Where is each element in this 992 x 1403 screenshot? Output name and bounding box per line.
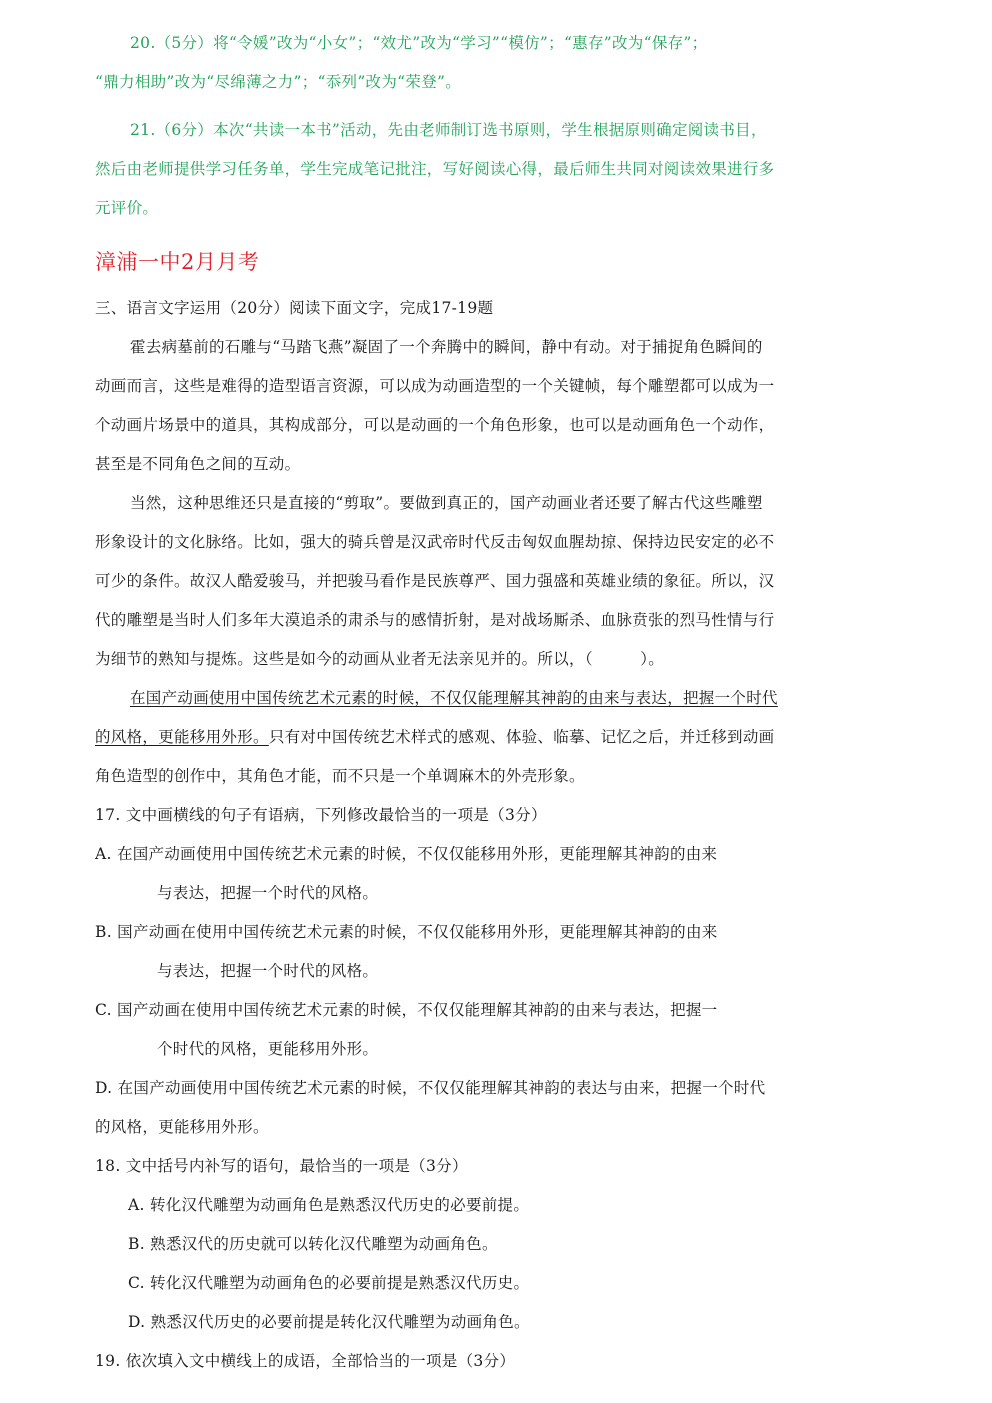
passage-p2-line-1: 当然，这种思维还只是直接的“剪取”。要做到真正的，国产动画业者还要了解古代这些雕…: [130, 493, 880, 513]
passage-p2-line-4: 代的雕塑是当时人们多年大漠追杀的肃杀与的感情折射，是对战场厮杀、血脉贲张的烈马性…: [95, 610, 845, 630]
passage-p3-line-1: 在国产动画使用中国传统艺术元素的时候，不仅仅能理解其神韵的由来与表达，把握一个时…: [130, 688, 880, 708]
passage-p1-line-4: 甚至是不同角色之间的互动。: [95, 454, 845, 474]
passage-p1-line-3: 个动画片场景中的道具，其构成部分，可以是动画的一个角色形象，也可以是动画角色一个…: [95, 415, 845, 435]
question-18-option-b: B. 熟悉汉代的历史就可以转化汉代雕塑为动画角色。: [128, 1234, 878, 1254]
passage-p3-line-2: 的风格，更能移用外形。只有对中国传统艺术样式的感观、体验、临摹、记忆之后，并迁移…: [95, 727, 845, 747]
question-17-option-b: B. 国产动画在使用中国传统艺术元素的时候，不仅仅能移用外形，更能理解其神韵的由…: [95, 922, 845, 942]
section-title: 漳浦一中2月月考: [95, 249, 845, 275]
passage-p3-line-3: 角色造型的创作中，其角色才能，而不只是一个单调麻木的外壳形象。: [95, 766, 845, 786]
question-17-option-d-cont: 的风格，更能移用外形。: [95, 1117, 845, 1137]
passage-p1-line-1: 霍去病墓前的石雕与“马踏飞燕”凝固了一个奔腾中的瞬间，静中有动。对于捕捉角色瞬间…: [130, 337, 880, 357]
answer-21-line-2: 然后由老师提供学习任务单，学生完成笔记批注，写好阅读心得，最后师生共同对阅读效果…: [95, 159, 845, 179]
question-18-option-a: A. 转化汉代雕塑为动画角色是熟悉汉代历史的必要前提。: [128, 1195, 878, 1215]
question-17-option-a: A. 在国产动画使用中国传统艺术元素的时候，不仅仅能移用外形，更能理解其神韵的由…: [95, 844, 845, 864]
section-heading: 三、语言文字运用（20分）阅读下面文字，完成17-19题: [95, 298, 845, 318]
question-17-option-d: D. 在国产动画使用中国传统艺术元素的时候，不仅仅能理解其神韵的表达与由来，把握…: [95, 1078, 845, 1098]
answer-21-line-3: 元评价。: [95, 198, 845, 218]
underlined-sentence-part-1: 在国产动画使用中国传统艺术元素的时候，不仅仅能理解其神韵的由来与表达，把握一个时…: [130, 689, 778, 707]
question-17-option-c: C. 国产动画在使用中国传统艺术元素的时候，不仅仅能理解其神韵的由来与表达，把握…: [95, 1000, 845, 1020]
answer-21-line-1: 21.（6分）本次“共读一本书”活动，先由老师制订选书原则，学生根据原则确定阅读…: [130, 120, 880, 140]
question-19-stem: 19. 依次填入文中横线上的成语，全部恰当的一项是（3分）: [95, 1351, 845, 1371]
answer-20-line-1: 20.（5分）将“令媛”改为“小女”；“效尤”改为“学习”“模仿”；“惠存”改为…: [130, 33, 880, 53]
document-page: 20.（5分）将“令媛”改为“小女”；“效尤”改为“学习”“模仿”；“惠存”改为…: [0, 0, 992, 1403]
question-18-option-c: C. 转化汉代雕塑为动画角色的必要前提是熟悉汉代历史。: [128, 1273, 878, 1293]
passage-p2-line-5: 为细节的熟知与提炼。这些是如今的动画从业者无法亲见并的。所以，（ ）。: [95, 649, 845, 669]
underlined-sentence-part-2: 的风格，更能移用外形。: [95, 728, 269, 746]
question-18-stem: 18. 文中括号内补写的语句，最恰当的一项是（3分）: [95, 1156, 845, 1176]
question-17-option-a-cont: 与表达，把握一个时代的风格。: [157, 883, 907, 903]
answer-20-line-2: “鼎力相助”改为“尽绵薄之力”；“忝列”改为“荣登”。: [95, 72, 845, 92]
passage-p3-line-2-rest: 只有对中国传统艺术样式的感观、体验、临摹、记忆之后，并迁移到动画: [269, 728, 775, 746]
question-18-option-d: D. 熟悉汉代历史的必要前提是转化汉代雕塑为动画角色。: [128, 1312, 878, 1332]
question-17-stem: 17. 文中画横线的句子有语病，下列修改最恰当的一项是（3分）: [95, 805, 845, 825]
question-17-option-b-cont: 与表达，把握一个时代的风格。: [157, 961, 907, 981]
passage-p2-line-2: 形象设计的文化脉络。比如，强大的骑兵曾是汉武帝时代反击匈奴血腥劫掠、保持边民安定…: [95, 532, 845, 552]
question-17-option-c-cont: 个时代的风格，更能移用外形。: [157, 1039, 907, 1059]
passage-p1-line-2: 动画而言，这些是难得的造型语言资源，可以成为动画造型的一个关键帧，每个雕塑都可以…: [95, 376, 845, 396]
passage-p2-line-3: 可少的条件。故汉人酷爱骏马，并把骏马看作是民族尊严、国力强盛和英雄业绩的象征。所…: [95, 571, 845, 591]
